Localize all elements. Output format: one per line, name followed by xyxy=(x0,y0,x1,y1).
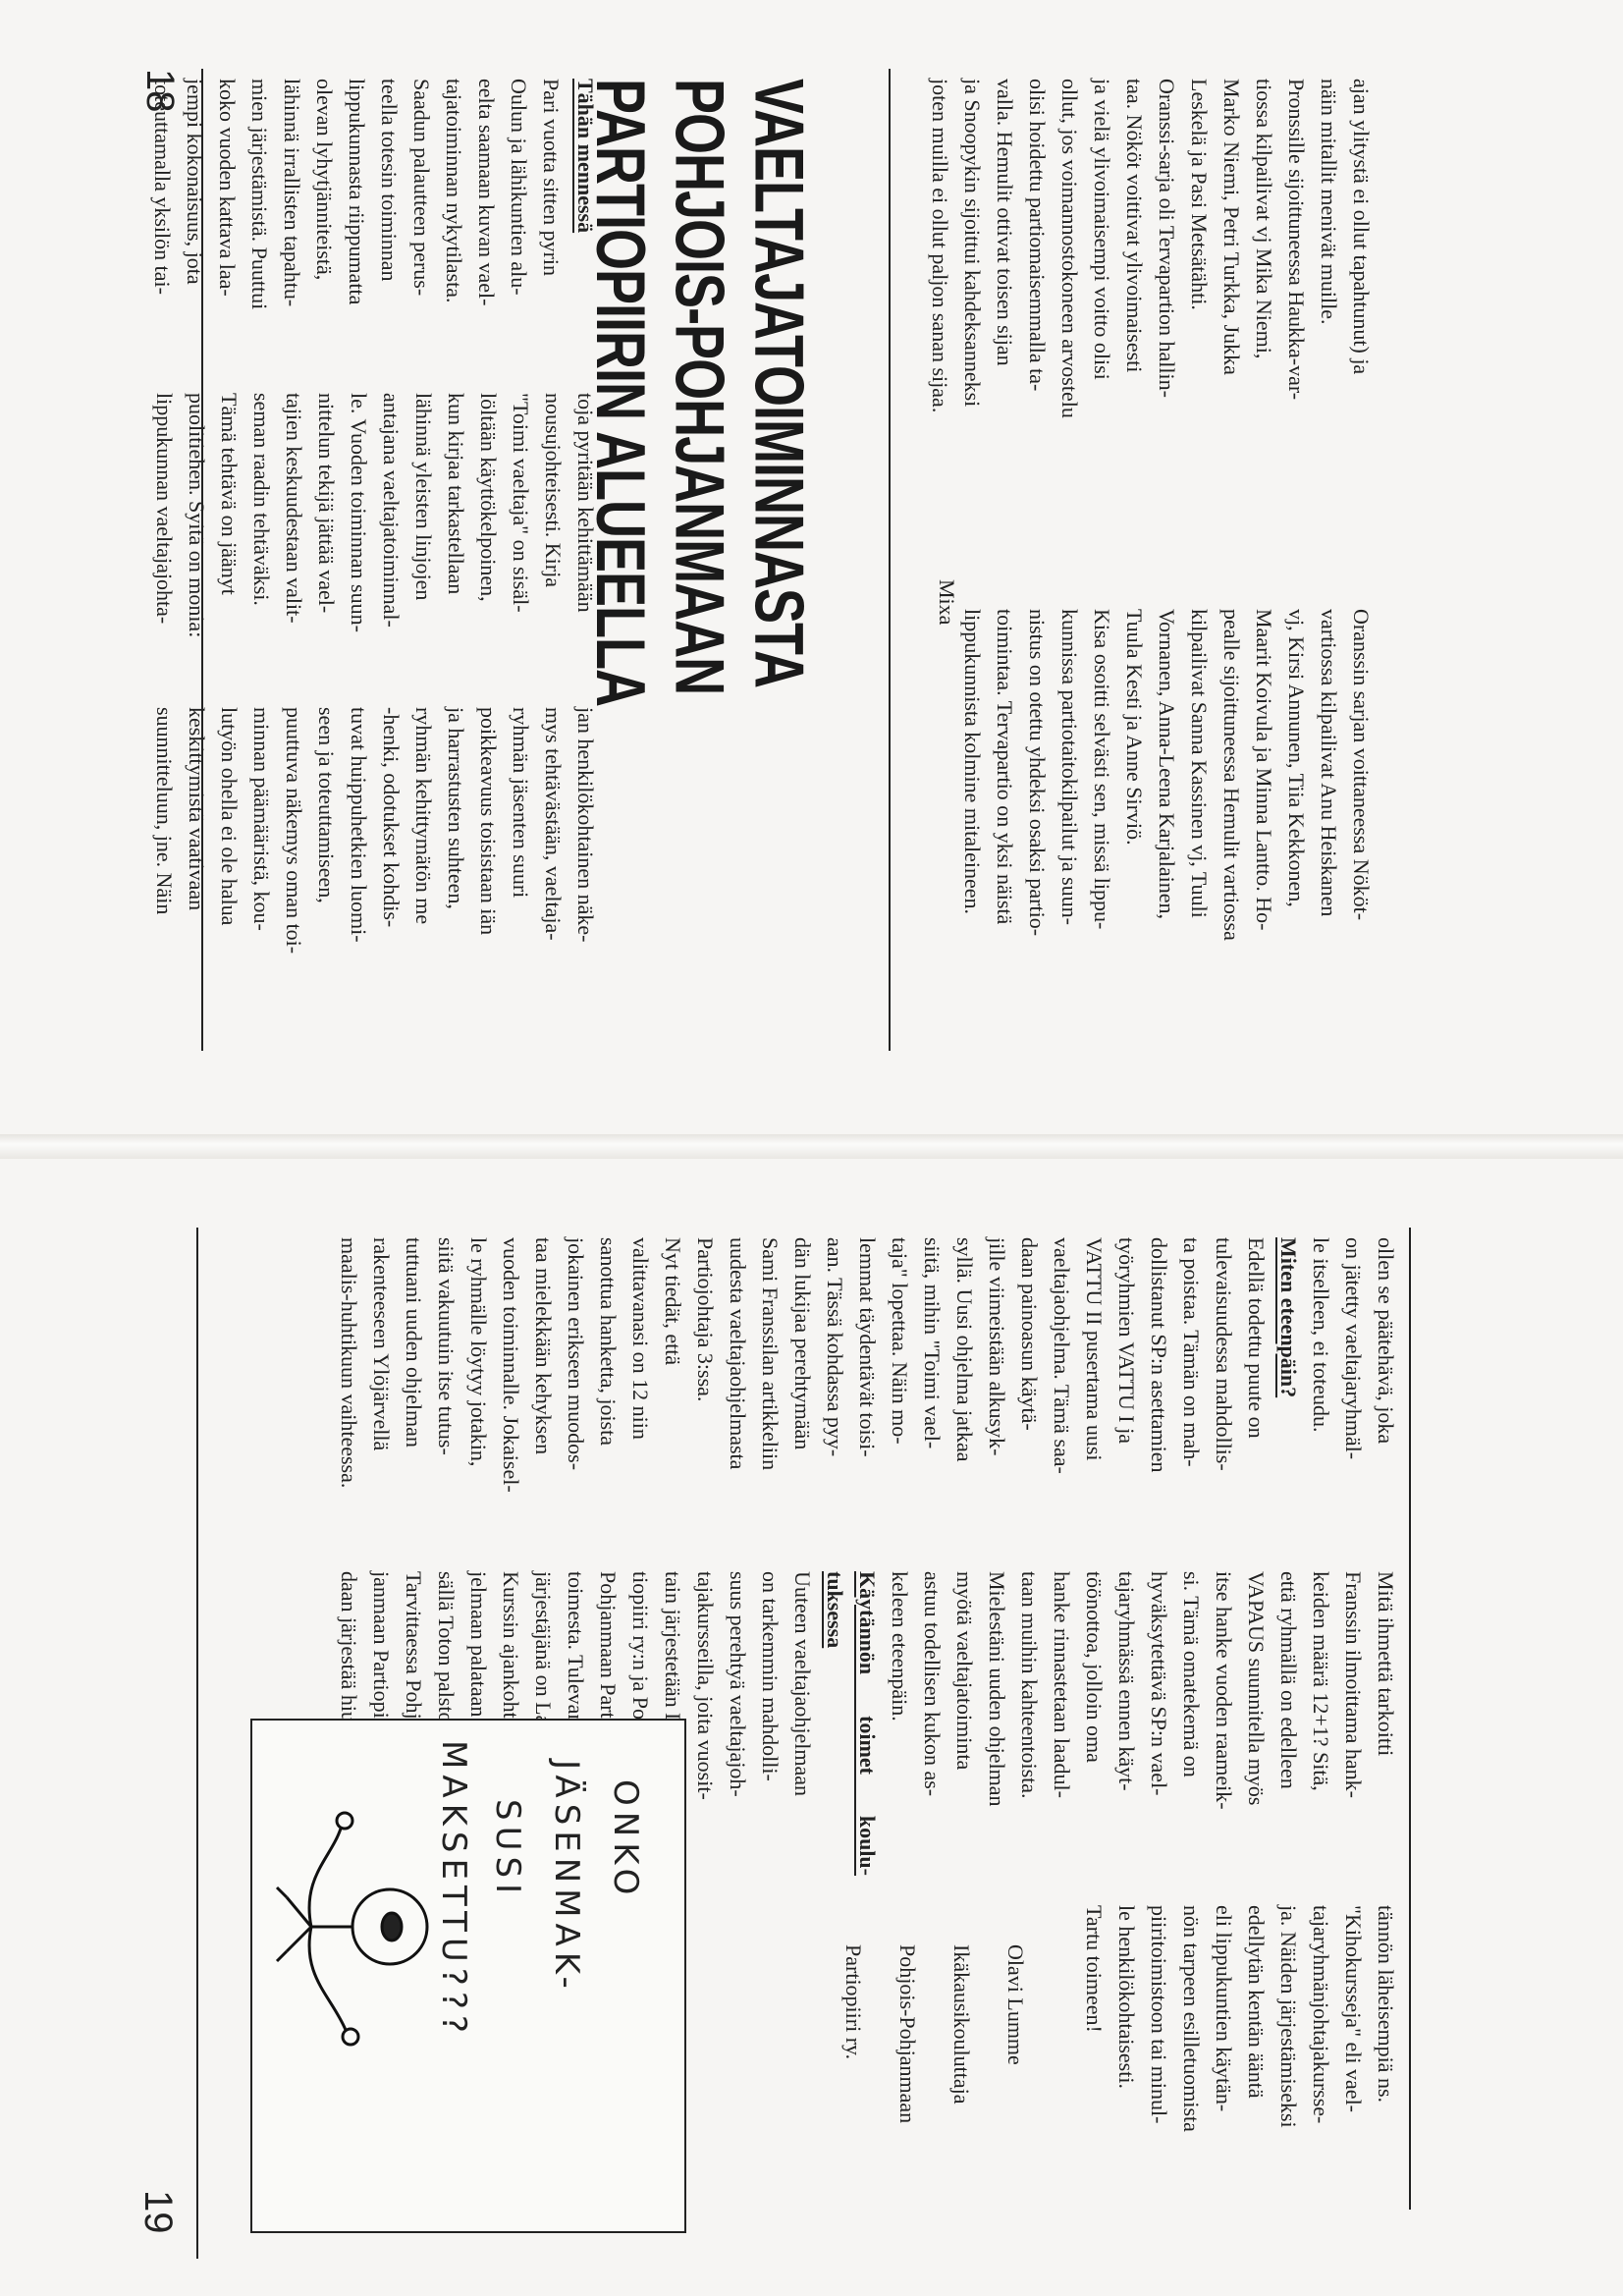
text-line: ja Snoopykin sijoittui kahdeksanneksi xyxy=(956,79,989,540)
text-line: suus perehtyä vaeltajajoh- xyxy=(722,1571,754,1876)
text-line: ollut, jos voimannostokoneen arvostelu xyxy=(1054,79,1086,540)
text-line: vartiossa kilpailivat Anu Heiskanen xyxy=(1313,609,1345,1061)
text-line: taa. Nököt voittivat ylivoimaisesti xyxy=(1118,79,1151,540)
text-line: taa mielekkään kehyksen xyxy=(527,1237,560,1542)
text-line: että ryhmällä on edelleen xyxy=(1272,1571,1305,1876)
text-line: Edellä todettu puute on xyxy=(1240,1237,1272,1542)
article-column-1: Pari vuotta sitten pyrinOulun ja lähikun… xyxy=(135,79,568,363)
text-line: lippukunnasta riippumatta xyxy=(341,79,373,363)
author-signature: Olavi LummeIkäkausikouluttajaPohjois-Poh… xyxy=(816,1944,1054,2200)
text-line: lippukunnan vaeltajajohta- xyxy=(148,393,181,678)
text-line: joten muilla ei ollut paljon sanan sijaa… xyxy=(924,79,956,540)
text-line: näin mitallit menivät muille. xyxy=(1313,79,1345,540)
text-line: tajien keskuudestaan valit- xyxy=(278,393,310,678)
text-line: Pari vuotta sitten pyrin xyxy=(535,79,568,363)
signature-line: Ikäkausikouluttaja xyxy=(946,1944,978,2200)
text-line: jokainen erikseen muodos- xyxy=(560,1237,592,1542)
text-line: kunnissa partiotaitokilpailut ja suun- xyxy=(1054,609,1086,1061)
text-line: eli lippukuntien käytän- xyxy=(1208,1905,1240,2200)
text-line: olevan lyhytjänniteistä, xyxy=(308,79,341,363)
text-line: tajakursseilla, joita vuosit- xyxy=(689,1571,722,1876)
text-line: Mielestäni uuden ohjelman xyxy=(981,1571,1013,1876)
text-line: teella totesin toiminnan xyxy=(373,79,406,363)
text-line: tajaryhmänjohtajakursse- xyxy=(1305,1905,1337,2200)
bottom-rule xyxy=(196,1228,198,2259)
text-line: kilpailivat Sanna Kassinen vj, Tuuli xyxy=(1183,609,1216,1061)
text-line: Nyt tiedät, että xyxy=(657,1237,689,1542)
text-line: Mitä ihmettä tarkoitti xyxy=(1370,1571,1402,1876)
text-line: le henkilökohtaisesti. xyxy=(1110,1905,1143,2200)
text-line: nistus on otettu yhdeksi osaksi partio- xyxy=(1021,609,1054,1061)
article-separator-rule xyxy=(889,69,891,1051)
text-line: eelta saamaan kuvan vael- xyxy=(470,79,503,363)
text-line: syllä. Uusi ohjelma jatkaa xyxy=(948,1237,981,1542)
text-line: siitä vakuutuin itse tutus- xyxy=(430,1237,462,1542)
text-line: lutyön ohella ei ole halua xyxy=(213,707,245,1002)
text-line: Saadun palautteen perus- xyxy=(406,79,438,363)
text-line: löltään käyttökelpoinen, xyxy=(472,393,505,678)
text-line: töönottoa, jolloin oma xyxy=(1078,1571,1110,1876)
text-line: sanottua hanketta, joista xyxy=(592,1237,624,1542)
text-line: myötä vaeltajatoiminta xyxy=(948,1571,981,1876)
text-line: toja pyritään kehittämään xyxy=(569,393,602,678)
text-line: Vornanen, Anna-Leena Karjalainen, xyxy=(1151,609,1183,1061)
text-line: daan painoasun käytä- xyxy=(1013,1237,1046,1542)
text-line: tulevaisuudessa mahdollis- xyxy=(1208,1237,1240,1542)
text-line: taan muihin kahteentoista. xyxy=(1013,1571,1046,1876)
text-line: Tuula Kesti ja Anne Sirviö. xyxy=(1118,609,1151,1061)
text-line: poikkeavuus toisistaan iän xyxy=(472,707,505,1002)
text-line: mien järjestämistä. Puuttui xyxy=(243,79,276,363)
section-heading-miten-eteenpain: Miten eteenpäin? xyxy=(1272,1237,1305,1542)
section-heading-tahan-mennessa: Tähän mennessä xyxy=(569,79,602,233)
text-line: ryhmän jäsenten suuri xyxy=(505,707,537,1002)
text-line: si. Tämä omatekemä on xyxy=(1175,1571,1208,1876)
text-line: dän lukijaa perehtymään xyxy=(786,1237,819,1542)
text-line: rakenteeseen Ylöjärvellä xyxy=(365,1237,398,1542)
text-line: suunnitteluun, jne. Näin xyxy=(148,707,181,1002)
text-line: Sami Franssilan artikkeliin xyxy=(754,1237,786,1542)
text-line: Uuteen vaeltajaohjelmaan xyxy=(786,1571,819,1876)
text-line: keskittymistä vaativaan xyxy=(181,707,213,1002)
text-line: työryhmien VATTU I ja xyxy=(1110,1237,1143,1542)
page-18: 18 ajan ylitystä ei ollut tapahtunut) ja… xyxy=(0,0,1623,1134)
prev-article-column-1: ajan ylitystä ei ollut tapahtunut) janäi… xyxy=(926,79,1378,540)
text-line: nittelun tekijä jättää vael- xyxy=(310,393,343,678)
text-line: on tarkemmin mahdolli- xyxy=(754,1571,786,1876)
text-line: tuttuani uuden ohjelman xyxy=(398,1237,430,1542)
text-line: hyväksytettävä SP:n vael- xyxy=(1143,1571,1175,1876)
text-line: Oulun ja lähikuntien alu- xyxy=(503,79,535,363)
text-line: tajatoiminnan nykytilasta. xyxy=(438,79,470,363)
text-line: VATTU II pusertama uusi xyxy=(1078,1237,1110,1542)
text-line: nön tarpeen esilletuomista xyxy=(1175,1905,1208,2200)
cartoon-line-4: MAKSETTU??? xyxy=(434,1740,473,2039)
prev-article-signature: Mixa xyxy=(931,579,963,625)
text-line: astuu todellisen kukon as- xyxy=(916,1571,948,1876)
signature-line: Partiopiiri ry. xyxy=(838,1944,870,2200)
text-line: lähinnä yleisten linjojen xyxy=(407,393,440,678)
text-line: Kisa osoitti selvästi sen, missä lippu- xyxy=(1086,609,1118,1061)
text-line: koko vuoden kattava laa- xyxy=(211,79,243,363)
text-line: Oranssi-sarja oli Tervapartion hallin- xyxy=(1151,79,1183,540)
top-rule xyxy=(1409,1228,1411,2210)
text-line: lippukunnista kolmine mitaleineen. xyxy=(956,609,989,1061)
text-line: Tämä tehtävä on jäänyt xyxy=(213,393,245,678)
text-line: Oranssin sarjan voittaneessa Nököt- xyxy=(1345,609,1378,1061)
prev-article-column-2: Oranssin sarjan voittaneessa Nököt-varti… xyxy=(926,609,1378,1061)
text-line: le itselleen, ei toteudu. xyxy=(1305,1237,1337,1542)
article-column-2: toja pyritään kehittämäännousujohteisest… xyxy=(140,393,602,678)
text-line: ja. Näiden järjestämiseksi xyxy=(1272,1905,1305,2200)
text-line: edellytän kentän ääntä xyxy=(1240,1905,1272,2200)
text-line: itse hanke vuoden raameik- xyxy=(1208,1571,1240,1876)
page-19: 19 ollen se päätehävä, jokaon jätetty va… xyxy=(0,1159,1623,2296)
text-line: piiritoimistoon tai minul- xyxy=(1143,1905,1175,2200)
cartoon-line-2: JÄSENMAK- xyxy=(547,1760,586,1995)
text-line: pealle sijoittuneessa Hemulit vartiossa xyxy=(1216,609,1248,1061)
headline-line: POHJOIS-POHJANMAAN xyxy=(660,79,739,1061)
text-line: -henki, odotukset kohdis- xyxy=(375,707,407,1002)
text-line: seman raadin tehtäväksi. xyxy=(245,393,278,678)
headline-line: VAELTAJATOIMINNASTA xyxy=(738,79,818,1061)
column-1: ollen se päätehävä, jokaon jätetty vaelt… xyxy=(243,1237,1402,1542)
text-line: lemmat täydentävät toisi- xyxy=(851,1237,884,1542)
text-line: Pronssille sijoittuneessa Haukka-var- xyxy=(1280,79,1313,540)
text-line: jan henkilökohtainen näke- xyxy=(569,707,602,1002)
text-line: VAPAUS suunnitella myös xyxy=(1240,1571,1272,1876)
text-line: ryhmän kehittymätön me xyxy=(407,707,440,1002)
text-line: tiossa kilpailivat vj Mika Niemi, xyxy=(1248,79,1280,540)
text-line: jille viimeistään alkusyk- xyxy=(981,1237,1013,1542)
text-line: toteuttamalla yksilön tai- xyxy=(146,79,179,363)
signature-line: Pohjois-Pohjanmaan xyxy=(892,1944,924,2200)
text-line: Franssin ilmoittama hank- xyxy=(1337,1571,1370,1876)
text-line: on jätetty vaeltajaryhmäl- xyxy=(1337,1237,1370,1542)
signature-line: Olavi Lumme xyxy=(1000,1944,1032,2200)
text-line: tännön läheisempiä ns. xyxy=(1370,1905,1402,2200)
text-line: toimintaa. Tervapartio on yksi näistä xyxy=(989,609,1021,1061)
text-line: Marko Niemi, Petri Turkka, Jukka xyxy=(1216,79,1248,540)
text-line: ollen se päätehävä, joka xyxy=(1370,1237,1402,1542)
spine-fold xyxy=(0,1134,1623,1159)
text-line: taja" lopettaa. Näin mo- xyxy=(884,1237,916,1542)
text-line: valittavanasi on 12 niin xyxy=(624,1237,657,1542)
text-line: keiden määrä 12+1? Sitä, xyxy=(1305,1571,1337,1876)
text-line: seen ja toteuttamiseen, xyxy=(310,707,343,1002)
text-line: uudesta vaeltajaohjelmasta xyxy=(722,1237,754,1542)
text-line: keleen eteenpäin. xyxy=(884,1571,916,1876)
text-line: vj, Kirsi Annunen, Tiia Kekkonen, xyxy=(1280,609,1313,1061)
text-line: puolitiehen. Syitä on monia: xyxy=(181,393,213,678)
text-line: ta poistaa. Tämän on mah- xyxy=(1175,1237,1208,1542)
cartoon-line-3: SUSI xyxy=(488,1799,527,1899)
text-line: jempi kokonaisuus, jota xyxy=(179,79,211,363)
section-heading-kaytannon-toimet: Käytännön toimet koulu-tuksessa xyxy=(819,1571,884,1876)
text-line: tajaryhmässä ennen käyt- xyxy=(1110,1571,1143,1876)
text-line: olisi hoidettu partiomaisemmalla ta- xyxy=(1021,79,1054,540)
text-line: le ryhmälle löytyy jotakin, xyxy=(462,1237,495,1542)
text-line: hanke rinnastetaan laadul- xyxy=(1046,1571,1078,1876)
stick-figure-icon xyxy=(272,1789,439,2064)
text-line: Tartu toimeen! xyxy=(1078,1905,1110,2200)
text-line: vuoden toiminnalle. Jokaisel- xyxy=(495,1237,527,1542)
text-line: ajan ylitystä ei ollut tapahtunut) ja xyxy=(1345,79,1378,540)
text-line: tuvat huippuhetkien luomi- xyxy=(343,707,375,1002)
text-line: dollistanut SP:n asettamien xyxy=(1143,1237,1175,1542)
text-line: nousujohteisesti. Kirja xyxy=(537,393,569,678)
article-column-3: jan henkilökohtainen näke-mys tehtävästä… xyxy=(140,707,602,1002)
page-number: 19 xyxy=(135,2190,180,2234)
text-line: "Kihokursseja" eli vael- xyxy=(1337,1905,1370,2200)
text-line: maalis-huhtikuun vaihteessa. xyxy=(333,1237,365,1542)
text-line: ja harrastusten suhteen, xyxy=(440,707,472,1002)
text-line: Leskelä ja Pasi Metsätähti. xyxy=(1183,79,1216,540)
text-line: le. Vuoden toiminnan suun- xyxy=(343,393,375,678)
text-line: Partiojohtaja 3:ssa. xyxy=(689,1237,722,1542)
text-line: valla. Hemulit ottivat toisen sijan xyxy=(989,79,1021,540)
text-line: kun kirjaa tarkastellaan xyxy=(440,393,472,678)
text-line: lähinnä irrallisten tapahtu- xyxy=(276,79,308,363)
text-line: ja vielä ylivoimaisempi voitto olisi xyxy=(1086,79,1118,540)
text-line: minnan päämääristä, kou- xyxy=(245,707,278,1002)
text-line: vaeltajaohjelma. Tämä saa- xyxy=(1046,1237,1078,1542)
cartoon-box: ONKO JÄSENMAK- SUSI MAKSETTU??? xyxy=(250,1719,686,2233)
cartoon-line-1: ONKO xyxy=(606,1779,645,1900)
text-line: siitä, mihin "Toimi vael- xyxy=(916,1237,948,1542)
text-line: antajana vaeltajatoiminnal- xyxy=(375,393,407,678)
text-line: "Toimi vaeltaja" on sisäl- xyxy=(505,393,537,678)
text-line: mys tehtävästään, vaeltaja- xyxy=(537,707,569,1002)
text-line: aan. Tässä kohdassa pyy- xyxy=(819,1237,851,1542)
text-line: puuttuva näkemys oman toi- xyxy=(278,707,310,1002)
article-headline: VAELTAJATOIMINNASTAPOHJOIS-POHJANMAANPAR… xyxy=(580,79,818,1061)
text-line: Maarit Koivula ja Minna Lantto. Ho- xyxy=(1248,609,1280,1061)
column-3: tännön läheisempiä ns."Kihokursseja" eli… xyxy=(1078,1905,1402,2200)
